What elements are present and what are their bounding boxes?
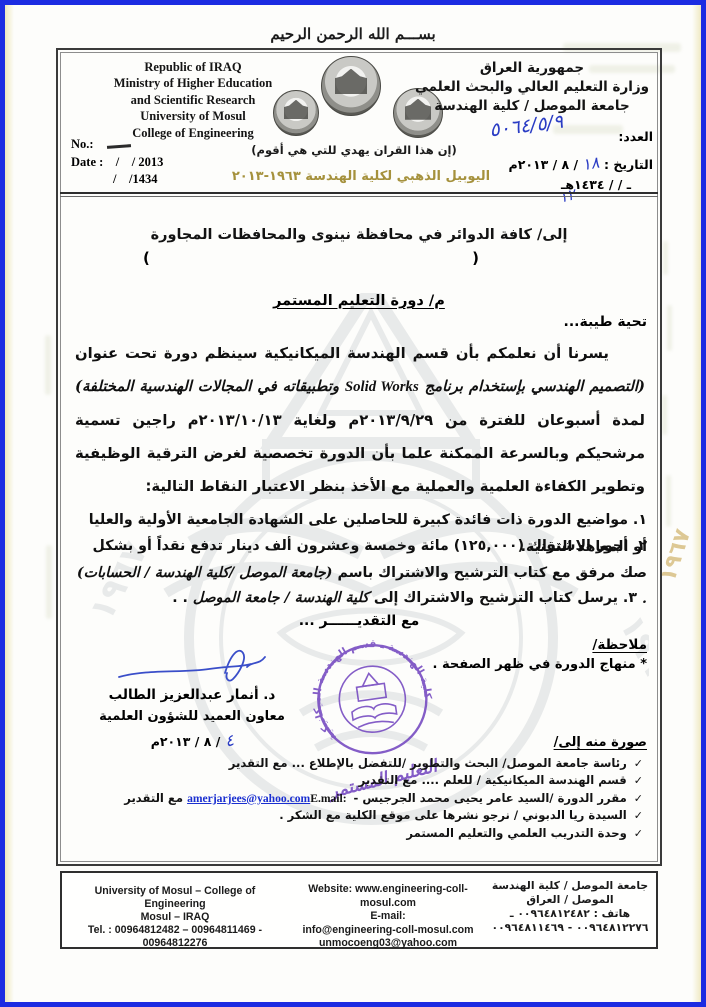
point-3: ٣. يرسل كتاب الترشيح والاشتراك إلى كلية … — [75, 585, 647, 612]
cc-item: ✓مقرر الدورة /السيد عامر يحيى محمد الجرج… — [77, 790, 643, 807]
letterhead-english-line: College of Engineering — [77, 125, 309, 141]
letter-body-frame: ١٩٦٧ ١٩٦٧ Republic of IRAQ Ministry of H… — [60, 52, 658, 862]
footer-english-line: 00964812276 — [70, 937, 280, 950]
footer-english-line: Mosul – IRAQ — [70, 911, 280, 924]
signer-date: ٤ / ٨ / ٢٠١٣م — [89, 731, 295, 750]
note-title: ملاحظة/ — [592, 637, 647, 653]
point-3-tail: . . — [172, 590, 193, 606]
letterhead-english: Republic of IRAQ Ministry of Higher Educ… — [77, 59, 309, 141]
signer-title: معاون العميد للشؤون العلمية — [89, 709, 295, 724]
date-rest-printed: / ٨ / ٢٠١٣م — [509, 157, 579, 172]
signature-handwriting — [113, 639, 273, 691]
footer-contact-box: University of Mosul – College of Enginee… — [60, 871, 658, 949]
signer-date-day-handwritten: ٤ — [223, 730, 235, 750]
letterhead-arabic-line: جمهورية العراق — [413, 59, 651, 78]
date-label-ar: التاريخ : — [604, 157, 653, 172]
cc-item-text: قسم الهندسة الميكانيكية / للعلم .... مع … — [359, 773, 627, 787]
date-hijri-line-en: / /1434 — [113, 172, 157, 187]
bleed-through-mark — [46, 545, 52, 619]
footer-email-label: E-mail: — [288, 910, 488, 924]
cc-item: ✓وحدة التدريب العلمي والتعليم المستمر — [77, 825, 643, 842]
golden-jubilee-line: اليوبيل الذهبي لكلية الهندسة ١٩٦٣-٢٠١٣ — [171, 169, 551, 184]
footer-email-1: info@engineering-coll-mosul.com — [288, 924, 488, 938]
note-body: * منهاج الدورة في ظهر الصفحة . — [433, 657, 648, 672]
letterhead-english-line: Ministry of Higher Education — [77, 75, 309, 91]
date-line-ar: التاريخ : ١٨ / ٨ / ٢٠١٣م — [509, 154, 653, 173]
no-handwritten-dash — [107, 144, 131, 149]
footer-arabic: جامعة الموصل / كلية الهندسة الموصل / الع… — [490, 879, 650, 935]
cc-item: ✓السيدة ريا الدبوني / نرجو نشرها على موق… — [77, 807, 643, 824]
recipient-blank-parens: ( ) — [143, 249, 479, 267]
no-label: No.: — [71, 137, 94, 152]
bleed-through-mark — [666, 475, 671, 527]
point-3-text: ٣. يرسل كتاب الترشيح والاشتراك إلى — [369, 590, 637, 606]
body-paragraph: يسرنا أن نعلمكم بأن قسم الهندسة الميكاني… — [75, 337, 645, 503]
course-title-pre: (التصميم الهندسي بإستخدام برنامج — [419, 378, 645, 395]
cc-item-text: مقرر الدورة /السيد عامر يحيى محمد الجرجي… — [350, 791, 627, 805]
footer-english-line: University of Mosul – College of Enginee… — [70, 885, 280, 911]
bismillah-header: بســـم الله الرحمن الرحيم — [5, 25, 701, 43]
bleed-through-mark — [563, 43, 681, 52]
scan-edge-tint-left — [5, 5, 14, 1002]
check-icon: ✓ — [634, 774, 643, 787]
check-icon: ✓ — [634, 757, 643, 770]
footer-arabic-line: هاتف : ٠٠٩٦٤٨١٢٤٨٢ ـ — [490, 907, 650, 921]
course-title-latin: Solid Works — [345, 379, 419, 395]
cc-item-text: رئاسة جامعة الموصل/ البحث والتطوير /للتف… — [229, 756, 627, 770]
email-address: amerjarjees@yahoo.com — [187, 792, 310, 805]
number-label-ar: العدد: — [618, 129, 653, 144]
jubilee-year-watermark: ١٩٦٧ — [656, 526, 696, 585]
cc-item-text: وحدة التدريب العلمي والتعليم المستمر — [406, 826, 626, 840]
golden-jubilee-seal-icon — [273, 90, 319, 136]
cc-item: ✓قسم الهندسة الميكانيكية / للعلم .... مع… — [77, 772, 643, 789]
footer-website: Website: www.engineering-coll-mosul.com — [288, 883, 488, 910]
para-rest: لمدة أسبوعان للفترة من ٢٠١٣/٩/٢٩م ولغاية… — [75, 412, 645, 495]
para-intro: يسرنا أن نعلمكم بأن قسم الهندسة الميكاني… — [75, 345, 609, 362]
email-label: E.mail: — [310, 792, 349, 805]
footer-arabic-line: الموصل / العراق — [490, 893, 650, 907]
cc-title: صورة منه إلى/ — [554, 735, 647, 750]
cc-item-text: السيدة ريا الدبوني / نرجو نشرها على موقع… — [279, 808, 627, 822]
footer-english: University of Mosul – College of Enginee… — [70, 885, 280, 950]
cc-list: ✓رئاسة جامعة الموصل/ البحث والتطوير /للت… — [77, 755, 643, 842]
course-title-post: وتطبيقاته في المجالات الهندسية المختلفة) — [75, 378, 345, 395]
header-divider — [60, 192, 658, 197]
signer-name: د. أنمار عبدالعزيز الطالب — [89, 687, 295, 703]
scanned-letter-page: بســـم الله الرحمن الرحيم ١٩٦٧ ١٩٦٧ ١٩٦٧… — [0, 0, 706, 1007]
university-of-mosul-seal-icon — [321, 56, 381, 116]
signer-date-printed: / ٨ / ٢٠١٣م — [151, 734, 221, 749]
paren-open: ( — [143, 249, 150, 267]
bleed-through-mark — [663, 241, 668, 275]
footer-arabic-line: ٠٠٩٦٤٨١٢٢٧٦ - ٠٠٩٦٤٨١١٤٦٩ — [490, 921, 650, 935]
check-icon: ✓ — [634, 792, 643, 805]
letterhead-arabic-line: وزارة التعليم العالي والبحث العلمي — [413, 78, 651, 97]
date-gregorian-line: Date : / / 2013 — [71, 155, 163, 170]
check-icon: ✓ — [634, 827, 643, 840]
footer-email-2: unmocoeng03@yahoo.com — [288, 937, 488, 951]
recipient-line: إلى/ كافة الدوائر في محافظة نينوى والمحا… — [61, 227, 657, 243]
subject-line: م/ دورة التعليم المستمر — [61, 293, 657, 309]
check-icon: ✓ — [634, 809, 643, 822]
bleed-through-mark — [662, 395, 667, 435]
bleed-through-mark — [45, 335, 51, 395]
greeting-line: تحية طيبة... — [564, 314, 648, 330]
cc-item: ✓رئاسة جامعة الموصل/ البحث والتطوير /للت… — [77, 755, 643, 772]
footer-arabic-line: جامعة الموصل / كلية الهندسة — [490, 879, 650, 893]
point-3-address: كلية الهندسة / جامعة الموصل — [193, 590, 369, 606]
scan-edge-tint-right — [692, 5, 701, 1002]
cc-item-tail: مع التقدير — [124, 791, 187, 805]
letterhead-english-line: Republic of IRAQ — [77, 59, 309, 75]
quran-quote: (إن هذا القران يهدي للتي هي أقوم) — [231, 143, 477, 157]
paren-close: ) — [472, 249, 479, 267]
date-day-handwritten: ١٨ — [581, 153, 601, 175]
bleed-through-mark — [667, 305, 672, 351]
footer-web: Website: www.engineering-coll-mosul.com … — [288, 883, 488, 951]
footer-english-line: Tel. : 00964812482 – 00964811469 - — [70, 924, 280, 937]
